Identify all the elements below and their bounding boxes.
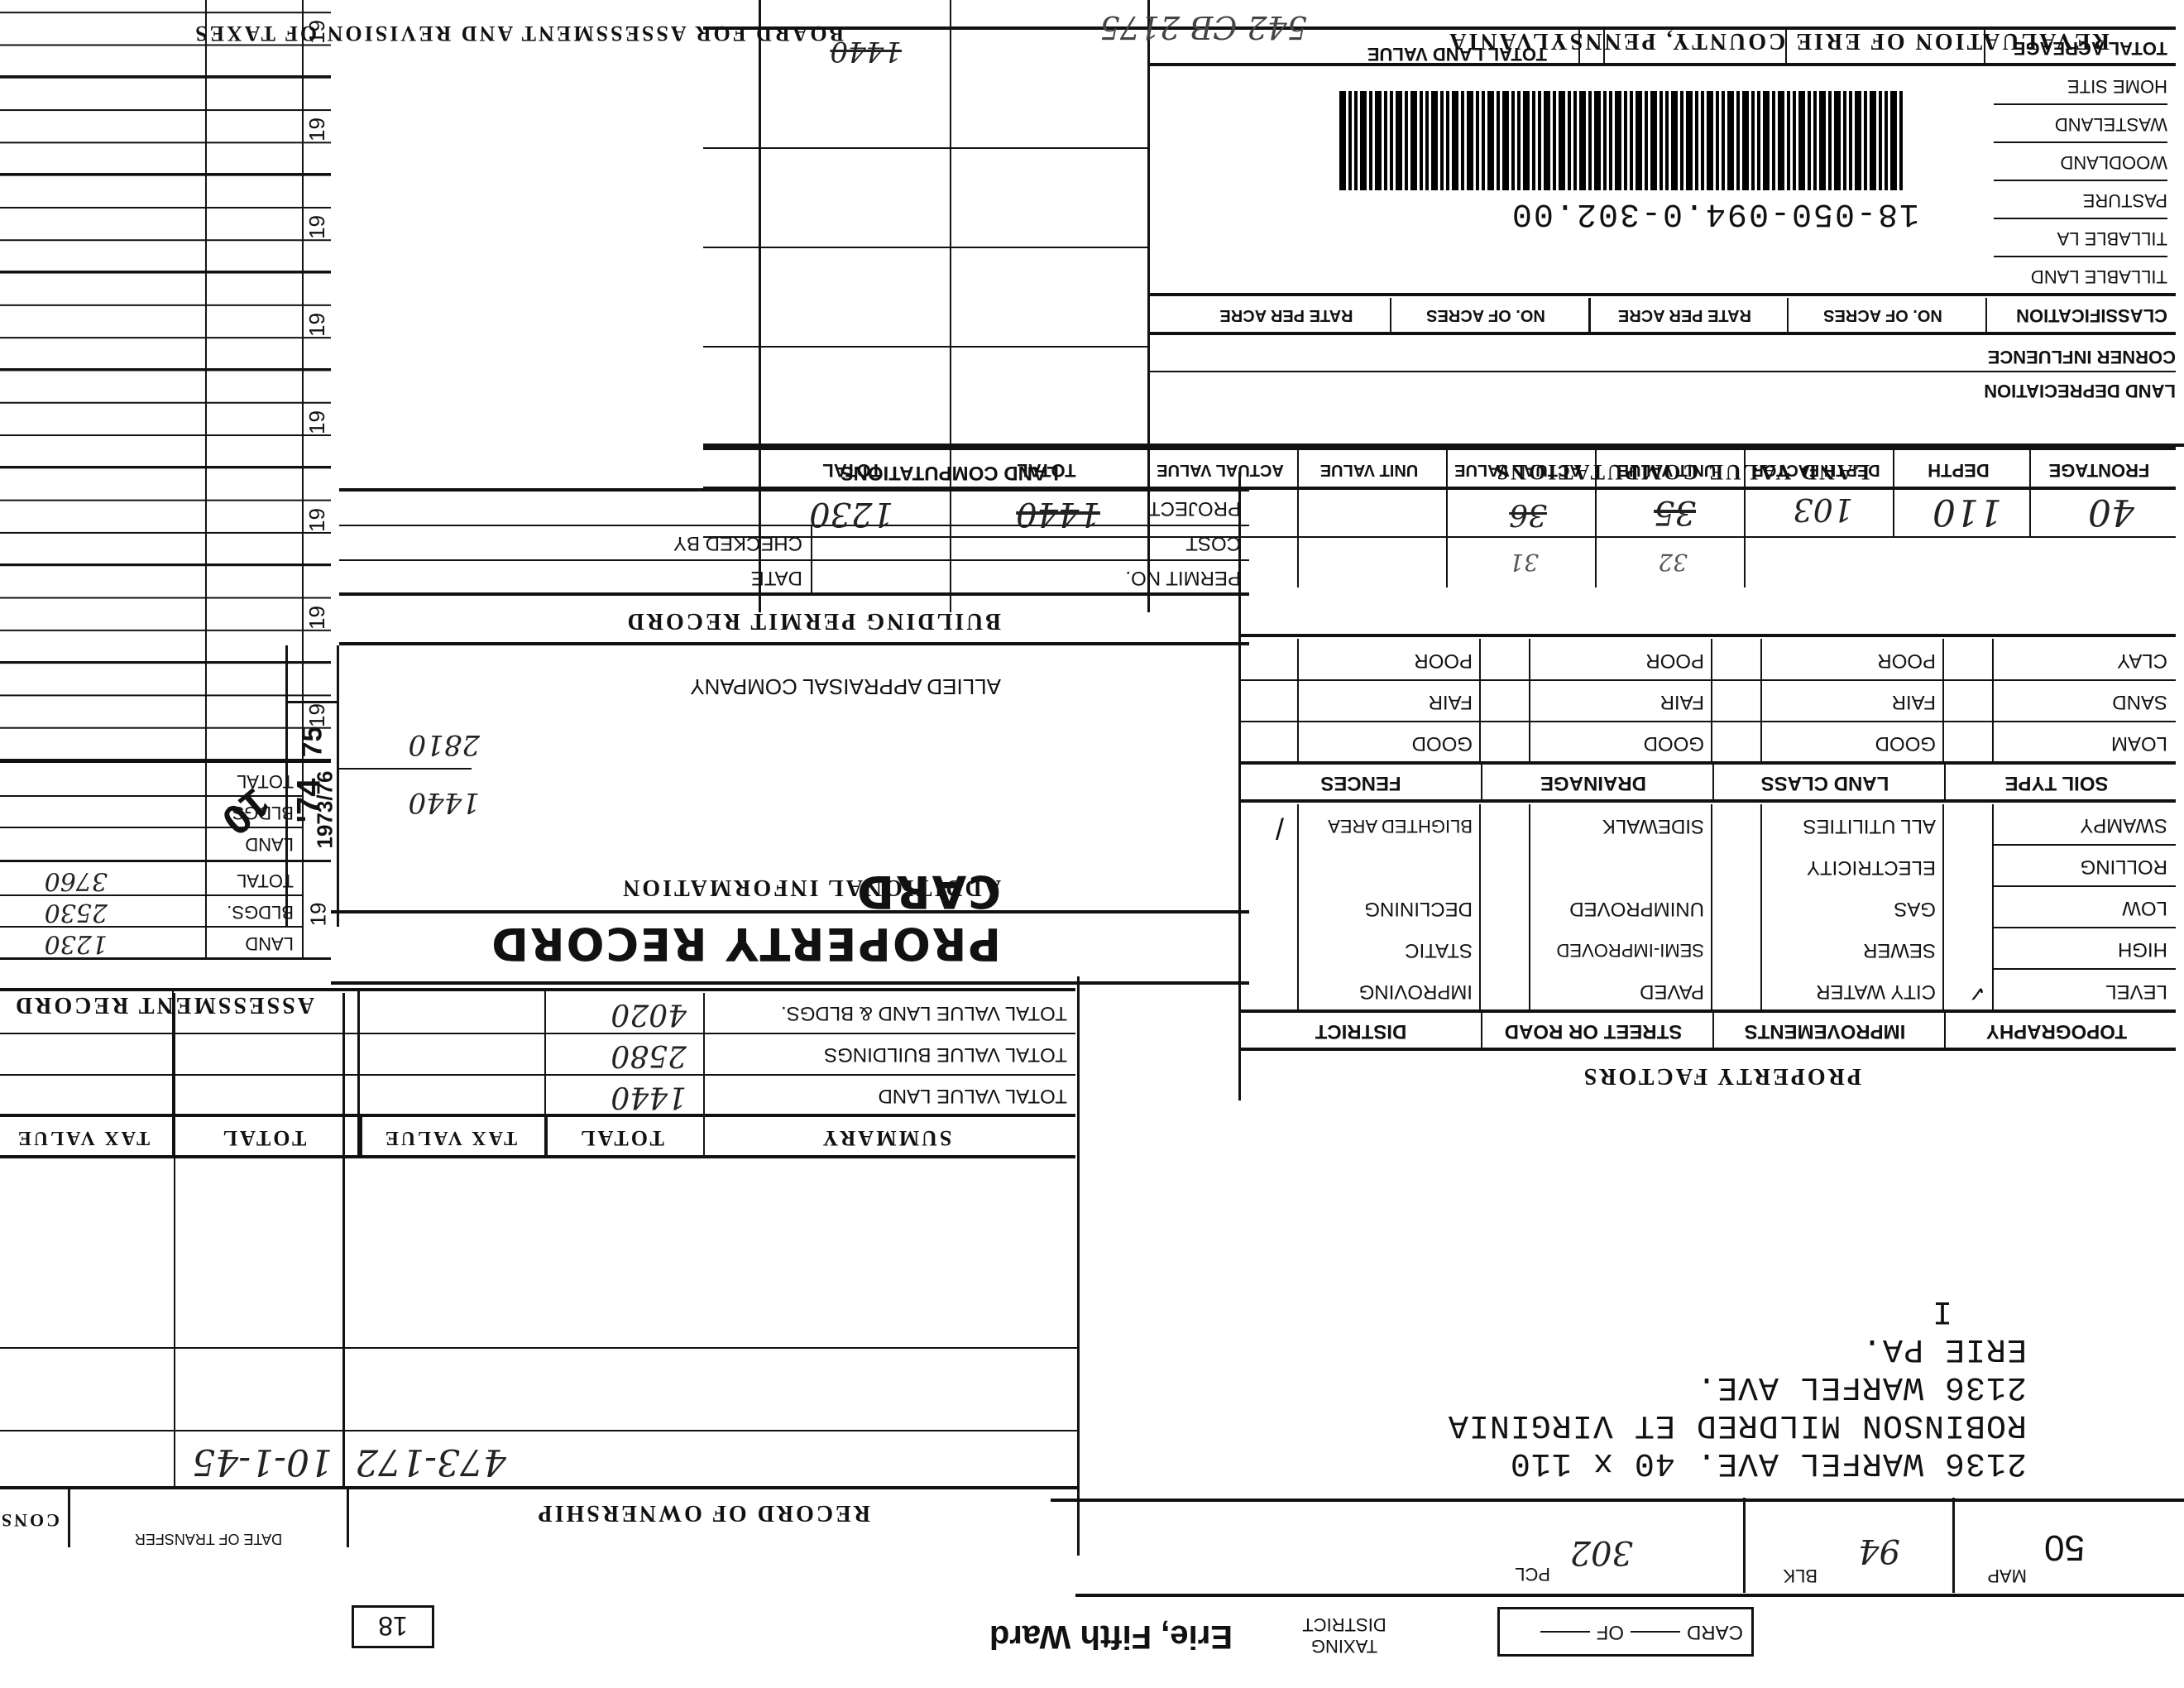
- col-total: TOTAL: [951, 452, 1150, 488]
- soil-clay: CLAY: [1994, 640, 2176, 680]
- fences-good: GOOD: [1299, 723, 1481, 763]
- summary-row-land: TOTAL VALUE LAND: [703, 1076, 1075, 1115]
- assessment-year-labels: 19 19 19 19 19 19 19 19: [304, 0, 331, 761]
- col-unit-value-2: UNIT VALUE: [1299, 452, 1448, 488]
- handwritten-note-top: 542 CB 2175: [1100, 9, 1307, 46]
- blk-value: 94: [1858, 1532, 1900, 1570]
- topo-rolling: ROLLING: [1994, 847, 2176, 887]
- assessment-land-label: LAND: [207, 928, 302, 958]
- corner-influence-label: CORNER INFLUENCE: [1988, 346, 2176, 367]
- rate-per-acre-header: RATE PER ACRE: [1588, 298, 1787, 333]
- summary-buildings-total: 2580: [611, 1038, 687, 1072]
- owner-line-3: 2136 WARFEL AVE.: [1282, 1367, 2027, 1405]
- assessment-land-value: 1230: [45, 929, 108, 958]
- map-value: 50: [2044, 1527, 2085, 1568]
- assessment-bldgs-label: BLDGS.: [207, 897, 302, 927]
- property-record-card-banner: PROPERTY RECORD CARD: [331, 910, 1249, 985]
- improvements-header: IMPROVEMENTS: [1712, 1013, 1944, 1049]
- assessment-bldgs-value: 2530: [45, 898, 108, 927]
- parcel-barcode: [1241, 91, 1903, 190]
- col-actual-value-2: ACTUAL VALUE: [1150, 452, 1299, 488]
- assessment-total-label: TOTAL: [207, 866, 302, 895]
- actual-value-revised: 31: [1509, 549, 1539, 576]
- topo-high: HIGH: [1994, 930, 2176, 970]
- additional-handwritten-2: 2810: [408, 728, 480, 761]
- district-header: DISTRICT: [1249, 1013, 1481, 1049]
- property-factors-title: PROPERTY FACTORS: [1582, 1062, 1861, 1089]
- unit-value-revised: 32: [1658, 549, 1688, 576]
- assessment-year: 19: [306, 902, 332, 927]
- land-class-fair: FAIR: [1762, 682, 1944, 722]
- acreage-tillable-la: TILLABLE LA: [1985, 220, 2176, 257]
- topo-level: LEVEL: [1994, 971, 2176, 1011]
- appraisal-company: ALLIED APPRAISAL COMPANY: [690, 674, 1001, 699]
- col-frontage: FRONTAGE: [2031, 452, 2176, 488]
- land-total-value: 1440: [1016, 495, 1100, 533]
- assessment-land-label: LAND: [207, 829, 302, 859]
- col-depth: DEPTH: [1894, 452, 2031, 488]
- taxing-district-value: Erie, Fifth Ward: [989, 1618, 1233, 1655]
- fences-header: FENCES: [1249, 765, 1481, 801]
- blk-label: BLK: [1783, 1565, 1818, 1586]
- additional-information: ADDITIONAL INFORMATION ALLIED APPRAISAL …: [339, 645, 1249, 910]
- no-of-acres-header-2: NO. OF ACRES: [1390, 298, 1588, 333]
- drainage-poor: POOR: [1530, 640, 1712, 680]
- summary-row-buildings: TOTAL VALUE BUILDINGS: [703, 1034, 1075, 1074]
- pcl-cell: PCL 302: [1079, 1498, 1741, 1593]
- ownership-title: RECORD OF OWNERSHIP: [536, 1499, 870, 1526]
- district-blighted-area: BLIGHTED AREA: [1299, 806, 1481, 846]
- fences-fair: FAIR: [1299, 682, 1481, 722]
- of-label: OF: [1597, 1620, 1624, 1643]
- card-label: CARD: [1687, 1620, 1743, 1643]
- street-paved: PAVED: [1530, 971, 1712, 1011]
- topography-header: TOPOGRAPHY: [1944, 1013, 2176, 1049]
- map-label: MAP: [1987, 1565, 2027, 1586]
- col-unit-value: UNIT VALUE: [1597, 452, 1746, 488]
- district-improving: IMPROVING: [1299, 971, 1481, 1011]
- land-class-poor: POOR: [1762, 640, 1944, 680]
- topo-swampy: SWAMPY: [1994, 806, 2176, 846]
- drainage-good: GOOD: [1530, 723, 1712, 763]
- district-declining: DECLINING: [1299, 889, 1481, 928]
- board-title: BOARD FOR ASSESSMENT AND REVISION OF TAX…: [193, 21, 844, 46]
- owner-line-4: ERIE PA.: [1282, 1329, 2027, 1367]
- acreage-tillable-land: TILLABLE LAND: [1985, 258, 2176, 295]
- owner-line-2: ROBINSON MILDRED ET VIRGINIA: [1282, 1405, 2027, 1443]
- improv-city-water: CITY WATER: [1762, 971, 1944, 1011]
- drainage-fair: FAIR: [1530, 682, 1712, 722]
- land-value-grid: FRONTAGE DEPTH DEPTH FACTOR UNIT VALUE A…: [703, 447, 2176, 612]
- owner-address-block: 2136 WARFEL AVE. 40 x 110 ROBINSON MILDR…: [1282, 1291, 2027, 1481]
- blighted-area-check[interactable]: /: [1267, 811, 1292, 846]
- unit-value: 35: [1654, 493, 1696, 531]
- soil-sand: SAND: [1994, 682, 2176, 722]
- county-title: REVALUATION OF ERIE COUNTY, PENNSYLVANIA: [1447, 27, 2110, 54]
- assessment-bldgs-label: BLDGS.: [207, 798, 302, 827]
- street-sidewalk: SIDEWALK: [1530, 806, 1712, 846]
- summary-land-total: 1440: [611, 1080, 687, 1114]
- rate-per-acre-header-2: RATE PER ACRE: [1191, 298, 1390, 333]
- district-static: STATIC: [1299, 930, 1481, 970]
- summary-total-header: TOTAL: [546, 1117, 703, 1158]
- blk-cell: BLK 94: [1743, 1498, 1950, 1593]
- col-total-2: TOTAL: [761, 452, 951, 488]
- taxing-district-label: TAXING DISTRICT: [1291, 1614, 1398, 1657]
- summary-total-header-2: TOTAL: [174, 1117, 360, 1158]
- street-unimproved: UNIMPROVED: [1530, 889, 1712, 928]
- acreage-section: LAND DEPRECIATION CORNER INFLUENCE CLASS…: [703, 0, 2176, 447]
- owner-line-1: 2136 WARFEL AVE. 40 x 110: [1282, 1443, 2027, 1481]
- assessment-empty-blocks: [0, 0, 331, 761]
- assessment-block: 19 LAND BLDGS. TOTAL 1230 2530 3760: [0, 861, 331, 960]
- pcl-value: 302: [1570, 1533, 1633, 1571]
- drainage-header: DRAINAGE: [1481, 765, 1712, 801]
- assessment-total-value: 3760: [45, 866, 108, 895]
- acreage-pasture: PASTURE: [1985, 182, 2176, 218]
- classification-header: CLASSIFICATION: [1985, 298, 2176, 333]
- summary-land-bldgs-total: 4020: [611, 997, 687, 1031]
- district-number-box: 18: [352, 1605, 434, 1648]
- actual-value: 36: [1509, 497, 1547, 531]
- soil-type-header: SOIL TYPE: [1944, 765, 2176, 801]
- assessment-block-stamped: 1973/76 10 LAND BLDGS. TOTAL: [0, 763, 331, 861]
- additional-handwritten-1: 1440: [408, 786, 480, 819]
- summary-row-land-bldgs: TOTAL VALUE LAND & BLDGS.: [703, 993, 1075, 1033]
- col-actual-value: ACTUAL VALUE: [1448, 452, 1597, 488]
- summary-header: SUMMARY: [703, 1117, 1075, 1158]
- improv-all-utilities: ALL UTILITIES: [1762, 806, 1944, 846]
- depth-factor-value: 103: [1793, 492, 1853, 528]
- land-class-good: GOOD: [1762, 723, 1944, 763]
- col-depth-factor: DEPTH FACTOR: [1746, 452, 1894, 488]
- parcel-barcode-text: 18-050-094.0-302.00: [1511, 194, 1919, 232]
- owner-line-5: I: [1282, 1291, 2027, 1329]
- topo-level-check[interactable]: ✓: [1965, 981, 1990, 1006]
- consideration-header: CONSIDERATION: [0, 1509, 60, 1531]
- card-box: CARD OF: [1497, 1607, 1754, 1657]
- acreage-wasteland: WASTELAND: [1985, 106, 2176, 142]
- deed-book-page: 473-172: [355, 1441, 506, 1483]
- land-class-header: LAND CLASS: [1712, 765, 1944, 801]
- street-semi-improved: SEMI-IMPROVED: [1530, 930, 1712, 970]
- fences-poor: POOR: [1299, 640, 1481, 680]
- soil-loam: LOAM: [1994, 723, 2176, 763]
- land-depreciation-label: LAND DEPRECIATION: [1984, 380, 2176, 401]
- assessment-total-label: TOTAL: [207, 766, 302, 796]
- summary-tax-value-header-2: TAX VALUE: [0, 1117, 174, 1158]
- date-of-transfer-header: DATE OF TRANSFER: [68, 1489, 349, 1547]
- pcl-label: PCL: [1515, 1563, 1550, 1585]
- assessment-stamped-years: 1973/76: [313, 771, 338, 849]
- transfer-date: 10-1-45: [192, 1441, 333, 1483]
- summary-tax-value-header: TAX VALUE: [360, 1117, 546, 1158]
- improv-sewer: SEWER: [1762, 930, 1944, 970]
- acreage-woodland: WOODLAND: [1985, 144, 2176, 180]
- depth-value: 110: [1933, 491, 2002, 533]
- no-of-acres-header: NO. OF ACRES: [1787, 298, 1985, 333]
- acreage-home-site: HOME SITE: [1985, 68, 2176, 104]
- frontage-value: 40: [2088, 491, 2134, 533]
- improv-gas: GAS: [1762, 889, 1944, 928]
- land-total-value-2: 1230: [809, 495, 893, 533]
- property-record-card: CARD OF TAXING DISTRICT Erie, Fifth Ward…: [0, 0, 2184, 1688]
- assessment-record: ASSESSMENT RECORD 19 LAND BLDGS. TOTAL 1…: [0, 0, 331, 1043]
- map-cell: MAP 50: [1952, 1498, 2151, 1593]
- topo-low: LOW: [1994, 889, 2176, 928]
- street-or-road-header: STREET OR ROAD: [1481, 1013, 1712, 1049]
- assessment-record-title: ASSESSMENT RECORD: [13, 991, 314, 1018]
- improv-electricity: ELECTRICITY: [1762, 847, 1944, 887]
- additional-info-title: ADDITIONAL INFORMATION: [620, 874, 1001, 900]
